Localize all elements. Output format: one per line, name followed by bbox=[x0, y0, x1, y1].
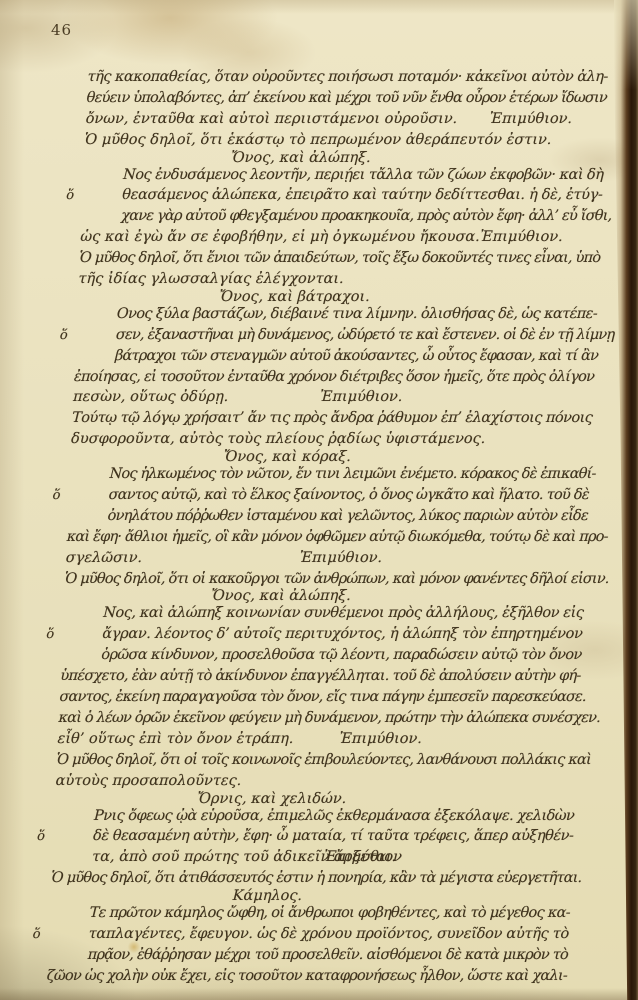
epimythion-label: Ἐπιμύθιον. bbox=[319, 387, 402, 408]
text-line: ὅσαντος αὐτῷ, καὶ τὸ ἕλκος ξαίνοντος, ὁ … bbox=[68, 485, 593, 506]
text-line: Νος, καὶ ἀλώπηξ κοινωνίαν συνθέμενοι πρὸ… bbox=[63, 603, 588, 624]
dropcap-guide-letter: ὅ bbox=[66, 186, 75, 207]
dropcap-guide-letter: ὅ bbox=[59, 326, 68, 347]
text-line: τῆς κακοπαθείας, ὅταν οὐροῦντες ποιήσωσι… bbox=[87, 67, 612, 88]
text-line: ὅδὲ θεασαμένη αὐτὴν, ἔφη· ὦ ματαία, τί τ… bbox=[53, 826, 578, 847]
fable-title: Ὄνος, καὶ ἀλώπηξ. bbox=[64, 589, 589, 603]
text-line: εἶθ’ οὕτως ἐπὶ τὸν ὄνον ἐτράπη.Ἐπιμύθιον… bbox=[57, 729, 582, 750]
text-column: τῆς κακοπαθείας, ὅταν οὐροῦντες ποιήσωσι… bbox=[46, 67, 612, 987]
fable-title: Ὄνος, καὶ βάτραχοι. bbox=[77, 290, 602, 304]
text-line: ὅἄγραν. λέοντος δ’ αὐτοῖς περιτυχόντος, … bbox=[62, 624, 587, 645]
text-line: Τε πρῶτον κάμηλος ὤφθη, οἱ ἄνθρωποι φοβη… bbox=[49, 903, 574, 924]
epimythion-label: Ἐπιμύθιον. bbox=[489, 109, 572, 130]
text-line: ὑπέσχετο, ἐὰν αὐτῇ τὸ ἀκίνδυνον ἐπαγγέλλ… bbox=[60, 666, 585, 687]
text-line: ὀνηλάτου πόῤῥωθεν ἱσταμένου καὶ γελῶντος… bbox=[67, 506, 592, 527]
dropcap-guide-letter: ὅ bbox=[37, 827, 46, 848]
epimythion-label: Ἐπιμύθιον bbox=[324, 847, 403, 868]
text-line: ὁρῶσα κίνδυνον, προσελθοῦσα τῷ λέοντι, π… bbox=[61, 645, 586, 666]
epimythion-label: Ἐπιμύθιον. bbox=[480, 227, 563, 248]
text-line: ὅσεν, ἐξαναστῆναι μὴ δυνάμενος, ὠδύρετό … bbox=[75, 325, 600, 346]
text-line: Ονος ξύλα βαστάζων, διέβαινέ τινα λίμνην… bbox=[76, 304, 601, 325]
text-line: καὶ ὁ λέων ὁρῶν ἐκεῖνον φεύγειν μὴ δυνάμ… bbox=[58, 708, 583, 729]
text-line: Ρνις ὄφεως ᾠὰ εὑροῦσα, ἐπιμελῶς ἐκθερμάν… bbox=[54, 806, 579, 827]
page-number: 46 bbox=[51, 21, 72, 39]
fable-title: Ὄνος, καὶ ἀλώπηξ. bbox=[84, 151, 609, 165]
dropcap-guide-letter: ὅ bbox=[52, 486, 61, 507]
text-line: ὄνων, ἐνταῦθα καὶ αὐτοὶ περιιστάμενοι οὐ… bbox=[85, 109, 610, 130]
text-line: ὅθεασάμενος ἀλώπεκα, ἐπειρᾶτο καὶ ταύτην… bbox=[82, 185, 607, 206]
dropcap-guide-letter: ὅ bbox=[32, 925, 41, 946]
text-line: Ὁ μῦθος δηλοῖ, ὅτι οἱ κακοῦργοι τῶν ἀνθρ… bbox=[64, 569, 589, 590]
text-line: τα, ἀπὸ σοῦ πρώτης τοῦ ἀδικεῖν ἄρξεται.Ἐ… bbox=[52, 847, 577, 868]
text-line: ζῶον ὡς χολὴν οὐκ ἔχει, εἰς τοσοῦτον κατ… bbox=[46, 966, 571, 987]
text-line: Ὁ μῦθος δηλοῖ, ὅτι ἀτιθάσσευτός ἐστιν ἡ … bbox=[51, 868, 576, 889]
text-line: τῆς ἰδίας γλωσσαλγίας ἐλέγχονται. bbox=[78, 269, 603, 290]
dropcap-guide-letter: ὅ bbox=[46, 625, 55, 646]
text-line: Νος ἡλκωμένος τὸν νῶτον, ἔν τινι λειμῶνι… bbox=[69, 464, 594, 485]
fable-title: Κάμηλος. bbox=[50, 889, 575, 903]
text-line: πρᾷον, ἐθάῤῥησαν μέχρι τοῦ προσελθεῖν. α… bbox=[47, 945, 572, 966]
epimythion-label: Ἐπιμύθιον. bbox=[299, 548, 382, 569]
text-line: Ὁ μῦθος δηλοῖ, ὅτι οἱ τοῖς κοινωνοῖς ἐπι… bbox=[56, 750, 581, 771]
text-line: καὶ ἔφη· ἄθλιοι ἡμεῖς, οἳ κἂν μόνον ὀφθῶ… bbox=[66, 527, 591, 548]
text-line: χανε γὰρ αὐτοῦ φθεγξαμένου προακηκουῖα, … bbox=[81, 206, 606, 227]
page-edge-fade bbox=[614, 0, 638, 90]
text-line: σαντος, ἐκείνη παραγαγοῦσα τὸν ὄνον, εἴς… bbox=[59, 687, 584, 708]
book-page: 46 τῆς κακοπαθείας, ὅταν οὐροῦντες ποιήσ… bbox=[0, 0, 638, 1000]
text-line: δυσφοροῦντα, αὐτὸς τοὺς πλείους ῥᾳδίως ὑ… bbox=[71, 429, 596, 450]
text-line: ἐποίησας, εἰ τοσοῦτον ἐνταῦθα χρόνον διέ… bbox=[73, 367, 598, 388]
text-line: πεσὼν, οὕτως ὀδύρῃ.Ἐπιμύθιον. bbox=[72, 387, 597, 408]
text-line: Τούτῳ τῷ λόγῳ χρήσαιτ’ ἄν τις πρὸς ἄνδρα… bbox=[72, 408, 597, 429]
text-line: σγελῶσιν.Ἐπιμύθιον. bbox=[65, 548, 590, 569]
fable-title: Ὄρνις, καὶ χελιδών. bbox=[54, 792, 579, 806]
text-line: Ὁ μῦθος δηλοῖ, ὅτι ἔνιοι τῶν ἀπαιδεύτων,… bbox=[79, 248, 604, 269]
text-line: ὅταπλαγέντες, ἔφευγον. ὡς δὲ χρόνου προϊ… bbox=[48, 924, 573, 945]
text-line: Νος ἐνδυσάμενος λεοντῆν, περιῄει τἄλλα τ… bbox=[83, 165, 608, 186]
epimythion-label: Ἐπιμύθιον. bbox=[339, 729, 422, 750]
page-edge-shadow bbox=[614, 0, 638, 1000]
fable-title: Ὄνος, καὶ κόραξ. bbox=[70, 450, 595, 464]
text-line: ὡς καὶ ἐγὼ ἄν σε ἐφοβήθην, εἰ μὴ ὀγκωμέν… bbox=[80, 227, 605, 248]
text-line: βάτραχοι τῶν στεναγμῶν αὐτοῦ ἀκούσαντες,… bbox=[74, 346, 599, 367]
text-line: αὑτοὺς προσαπολοῦντες. bbox=[55, 771, 580, 792]
text-line: Ὁ μῦθος δηλοῖ, ὅτι ἑκάστῳ τὸ πεπρωμένον … bbox=[84, 130, 609, 151]
text-line: θεύειν ὑπολαβόντες, ἀπ’ ἐκείνου καὶ μέχρ… bbox=[86, 88, 611, 109]
